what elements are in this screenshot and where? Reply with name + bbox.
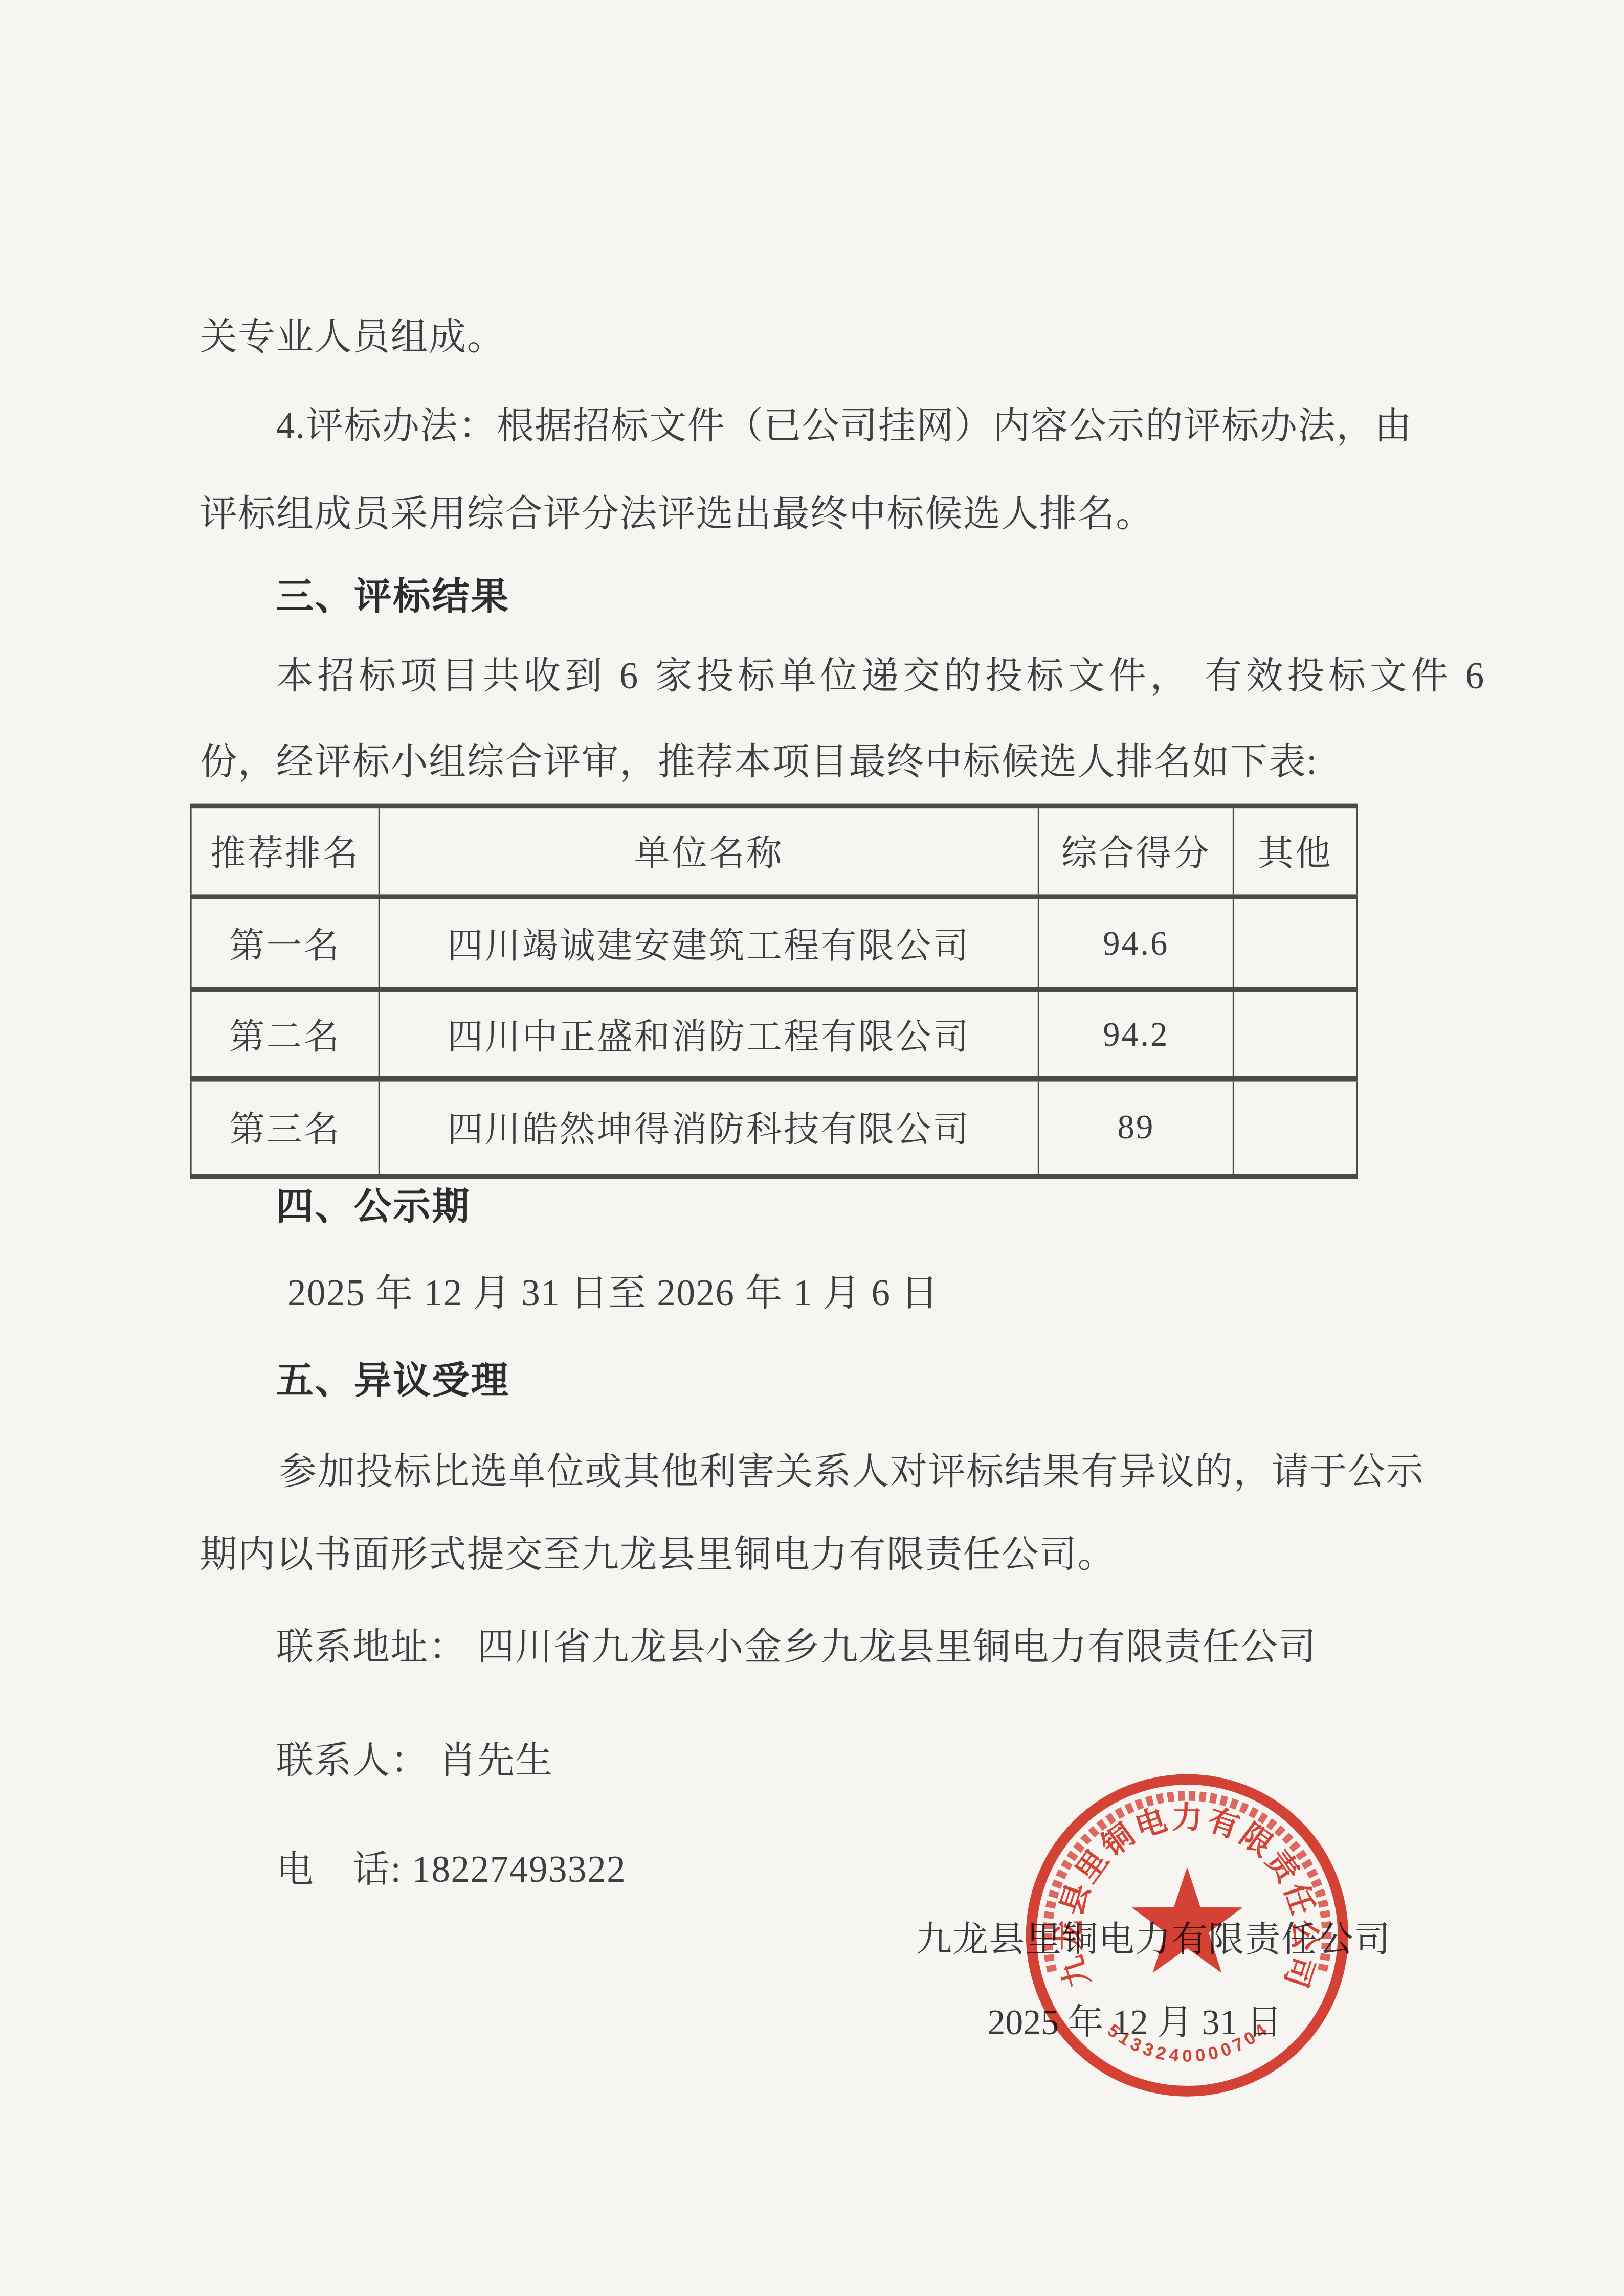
contact-address-line: 联系地址： 四川省九龙县小金乡九龙县里铜电力有限责任公司: [276, 1622, 1317, 1674]
seal-serial-digit: 0: [1182, 2046, 1192, 2066]
seal-arc-char: 力: [1172, 1800, 1203, 1835]
section5-heading: 五、异议受理: [276, 1354, 510, 1406]
company-cell: 四川中正盛和消防工程有限公司: [379, 989, 1038, 1079]
seal-arc-char: 司: [1278, 1952, 1321, 1992]
scanned-page-wrapper: 关专业人员组成。 4.评标办法：根据招标文件（已公司挂网）内容公示的评标办法，由…: [0, 0, 1624, 2296]
method-paragraph-line1: 4.评标办法：根据招标文件（已公司挂网）内容公示的评标办法，由: [276, 401, 1413, 453]
header-cell-other: 其他: [1233, 806, 1356, 897]
header-cell-company: 单位名称: [379, 806, 1038, 897]
score-cell: 94.2: [1038, 989, 1233, 1079]
seal-serial-digit: 0: [1206, 2042, 1220, 2064]
seal-serial-digit: 0: [1194, 2045, 1207, 2066]
other-cell: [1233, 1079, 1356, 1177]
seal-serial-number: 5 1 3 3 2 4 0 0 0 0 7 0 4: [1104, 2020, 1271, 2066]
header-cell-score: 综合得分: [1038, 806, 1233, 897]
objection-paragraph-line1: 参加投标比选单位或其他利害关系人对评标结果有异议的，请于公示: [279, 1447, 1424, 1499]
company-cell: 四川皓然坤得消防科技有限公司: [379, 1079, 1038, 1177]
bid-ranking-table: 推荐排名 单位名称 综合得分 其他 第一名 四川竭诚建安建筑工程有限公司 94.…: [190, 804, 1358, 1179]
objection-paragraph-line2: 期内以书面形式提交至九龙县里铜电力有限责任公司。: [200, 1529, 1116, 1582]
publicity-period-line: 2025 年 12 月 31 日至 2026 年 1 月 6 日: [287, 1268, 939, 1320]
contact-person-line: 联系人： 肖先生: [276, 1736, 553, 1788]
table-header-row: 推荐排名 单位名称 综合得分 其他: [191, 806, 1357, 897]
seal-serial-digit: 2: [1154, 2042, 1168, 2064]
method-paragraph-line2: 评标组成员采用综合评分法评选出最终中标候选人排名。: [200, 489, 1154, 541]
other-cell: [1233, 897, 1356, 989]
table-row: 第二名 四川中正盛和消防工程有限公司 94.2: [191, 989, 1357, 1079]
result-paragraph-line1: 本招标项目共收到 6 家投标单位递交的投标文件， 有效投标文件 6: [276, 651, 1488, 703]
seal-arc-char: 有: [1204, 1802, 1243, 1844]
rank-cell: 第三名: [191, 1079, 379, 1177]
rank-cell: 第二名: [191, 989, 379, 1079]
seal-arc-char: 九: [1054, 1952, 1096, 1992]
section3-heading: 三、评标结果: [276, 570, 510, 622]
header-cell-rank: 推荐排名: [191, 806, 379, 897]
result-paragraph-line2: 份，经评标小组综合评审，推荐本项目最终中标候选人排名如下表:: [200, 737, 1318, 789]
continuation-line: 关专业人员组成。: [200, 312, 505, 364]
red-star-icon: [1131, 1867, 1242, 1973]
score-cell: 94.6: [1038, 897, 1233, 989]
other-cell: [1233, 989, 1356, 1079]
seal-arc-char: 龙: [1052, 1920, 1086, 1950]
section4-heading: 四、公示期: [276, 1180, 471, 1232]
table-row: 第一名 四川竭诚建安建筑工程有限公司 94.6: [191, 897, 1357, 989]
document-page: 关专业人员组成。 4.评标办法：根据招标文件（已公司挂网）内容公示的评标办法，由…: [0, 0, 1624, 2296]
score-cell: 89: [1038, 1079, 1233, 1177]
rank-cell: 第一名: [191, 897, 379, 989]
seal-serial-digit: 4: [1168, 2045, 1180, 2066]
seal-arc-char: 电: [1130, 1802, 1170, 1844]
seal-arc-char: 公: [1287, 1920, 1322, 1951]
contact-phone-line: 电 话: 18227493322: [276, 1844, 627, 1897]
table-row: 第三名 四川皓然坤得消防科技有限公司 89: [191, 1079, 1357, 1177]
company-cell: 四川竭诚建安建筑工程有限公司: [379, 897, 1038, 989]
company-seal-stamp: 九 龙 县 里 铜 电 力 有 限 责 任 公 司 5 1 3 3 2: [1009, 1757, 1366, 2114]
